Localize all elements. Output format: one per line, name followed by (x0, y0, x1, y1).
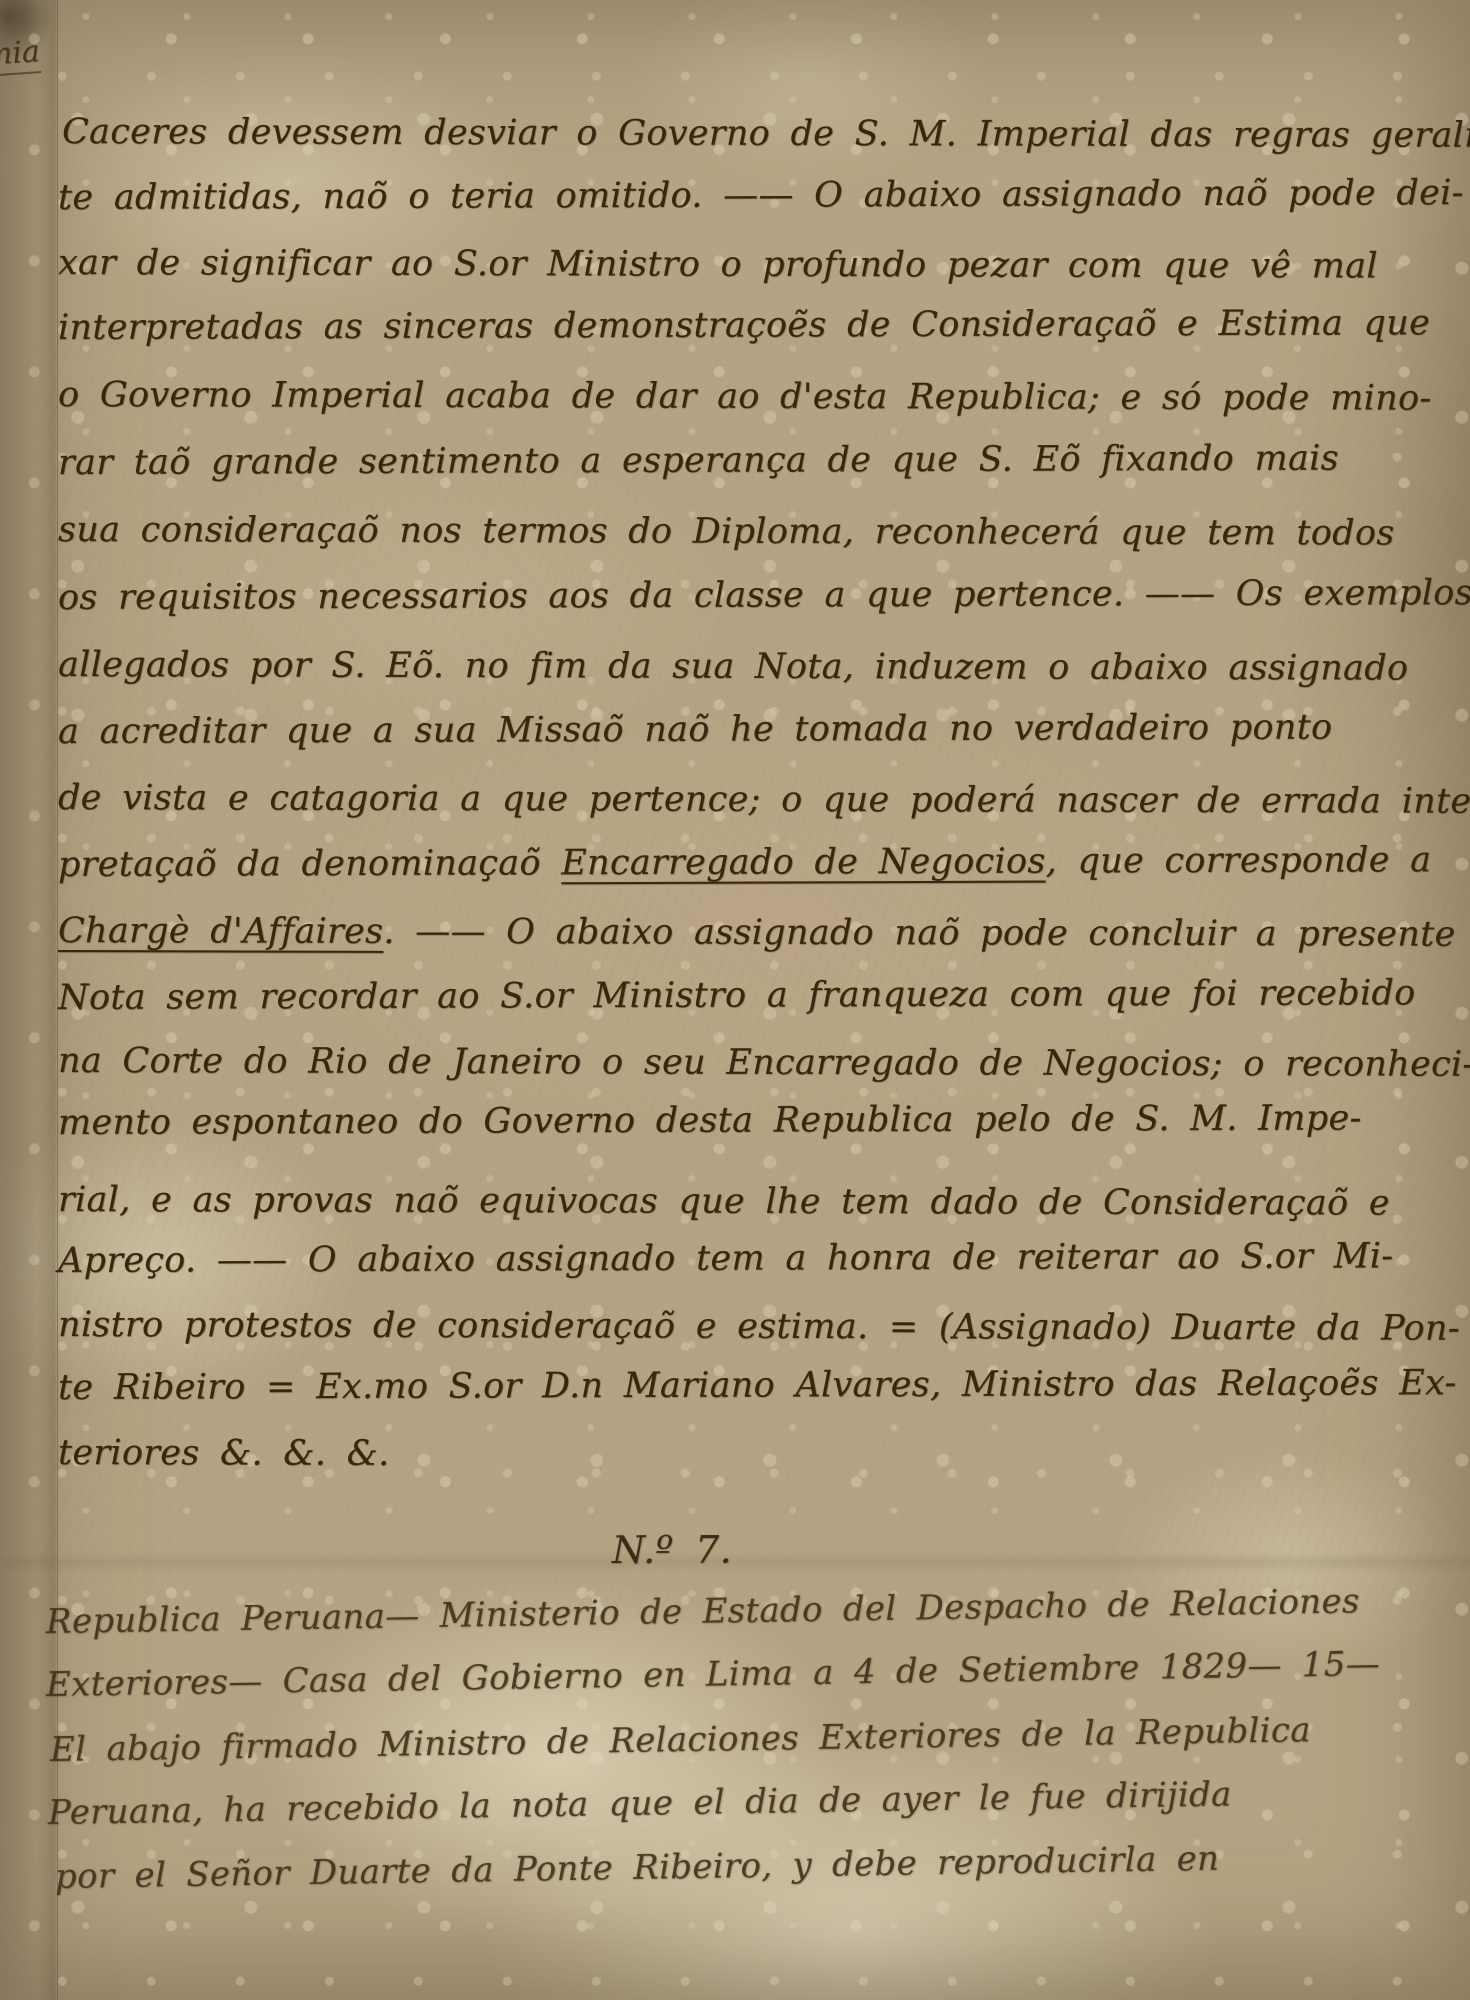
line-pt-10: a acreditar que a sua Missaõ naõ he toma… (58, 708, 1333, 752)
line-pt-19: nistro protestos de consideraçaõ e estim… (58, 1305, 1460, 1349)
paper-crease (0, 1552, 1470, 1574)
line-segment: , que corresponde a (1046, 840, 1432, 881)
line-pt-04: interpretadas as sinceras demonstraçoẽs … (58, 303, 1430, 348)
line-es-04: Peruana, ha recebido la nota que el dia … (48, 1774, 1232, 1833)
line-segment: Encarregado de Negocios (561, 842, 1046, 884)
line-pt-18: Apreço. —— O abaixo assignado tem a honr… (58, 1236, 1393, 1281)
line-pt-16: mento espontaneo do Governo desta Republ… (58, 1098, 1362, 1143)
line-es-02: Exteriores— Casa del Gobierno en Lima a … (46, 1644, 1381, 1705)
line-segment: Chargè d'Affaires (58, 911, 383, 952)
line-pt-15: na Corte do Rio de Janeiro o seu Encarre… (58, 1041, 1470, 1085)
line-pt-14: Nota sem recordar ao S.or Ministro a fra… (58, 973, 1416, 1018)
line-pt-13: Chargè d'Affaires. —— O abaixo assignado… (58, 911, 1456, 955)
line-es-03: El abajo firmado Ministro de Relaciones … (50, 1710, 1311, 1770)
line-pt-20: te Ribeiro = Ex.mo S.or D.n Mariano Alva… (58, 1363, 1457, 1408)
line-pt-01: Caceres devessem desviar o Governo de S.… (62, 112, 1470, 156)
line-pt-08: os requisitos necessarios aos da classe … (58, 573, 1470, 618)
line-es-01: Republica Peruana— Ministerio de Estado … (46, 1581, 1360, 1642)
line-pt-06: rar taõ grande sentimento a esperança de… (58, 439, 1339, 483)
margin-note: mia (0, 34, 41, 77)
line-segment: pretaçaõ da denominaçaõ (58, 843, 561, 885)
section-number-heading: N.º 7. (612, 1528, 732, 1572)
line-pt-21: teriores &. &. &. (58, 1433, 390, 1474)
line-pt-03: xar de significar ao S.or Ministro o pro… (58, 243, 1378, 286)
line-es-05: por el Señor Duarte da Ponte Ribeiro, y … (55, 1839, 1220, 1897)
line-pt-02: te admitidas, naõ o teria omitido. —— O … (58, 173, 1464, 218)
line-pt-11: de vista e catagoria a que pertence; o q… (58, 778, 1470, 822)
line-pt-07: sua consideraçaõ nos termos do Diploma, … (58, 510, 1395, 553)
line-pt-05: o Governo Imperial acaba de dar ao d'est… (58, 375, 1432, 419)
line-pt-09: allegados por S. Eõ. no fim da sua Nota,… (58, 645, 1408, 689)
line-segment: . —— O abaixo assignado naõ pode conclui… (383, 912, 1455, 955)
line-pt-12: pretaçaõ da denominaçaõ Encarregado de N… (58, 840, 1431, 885)
manuscript-page: mia Caceres devessem desviar o Governo d… (0, 0, 1470, 2000)
line-pt-17: rial, e as provas naõ equivocas que lhe … (58, 1180, 1390, 1223)
